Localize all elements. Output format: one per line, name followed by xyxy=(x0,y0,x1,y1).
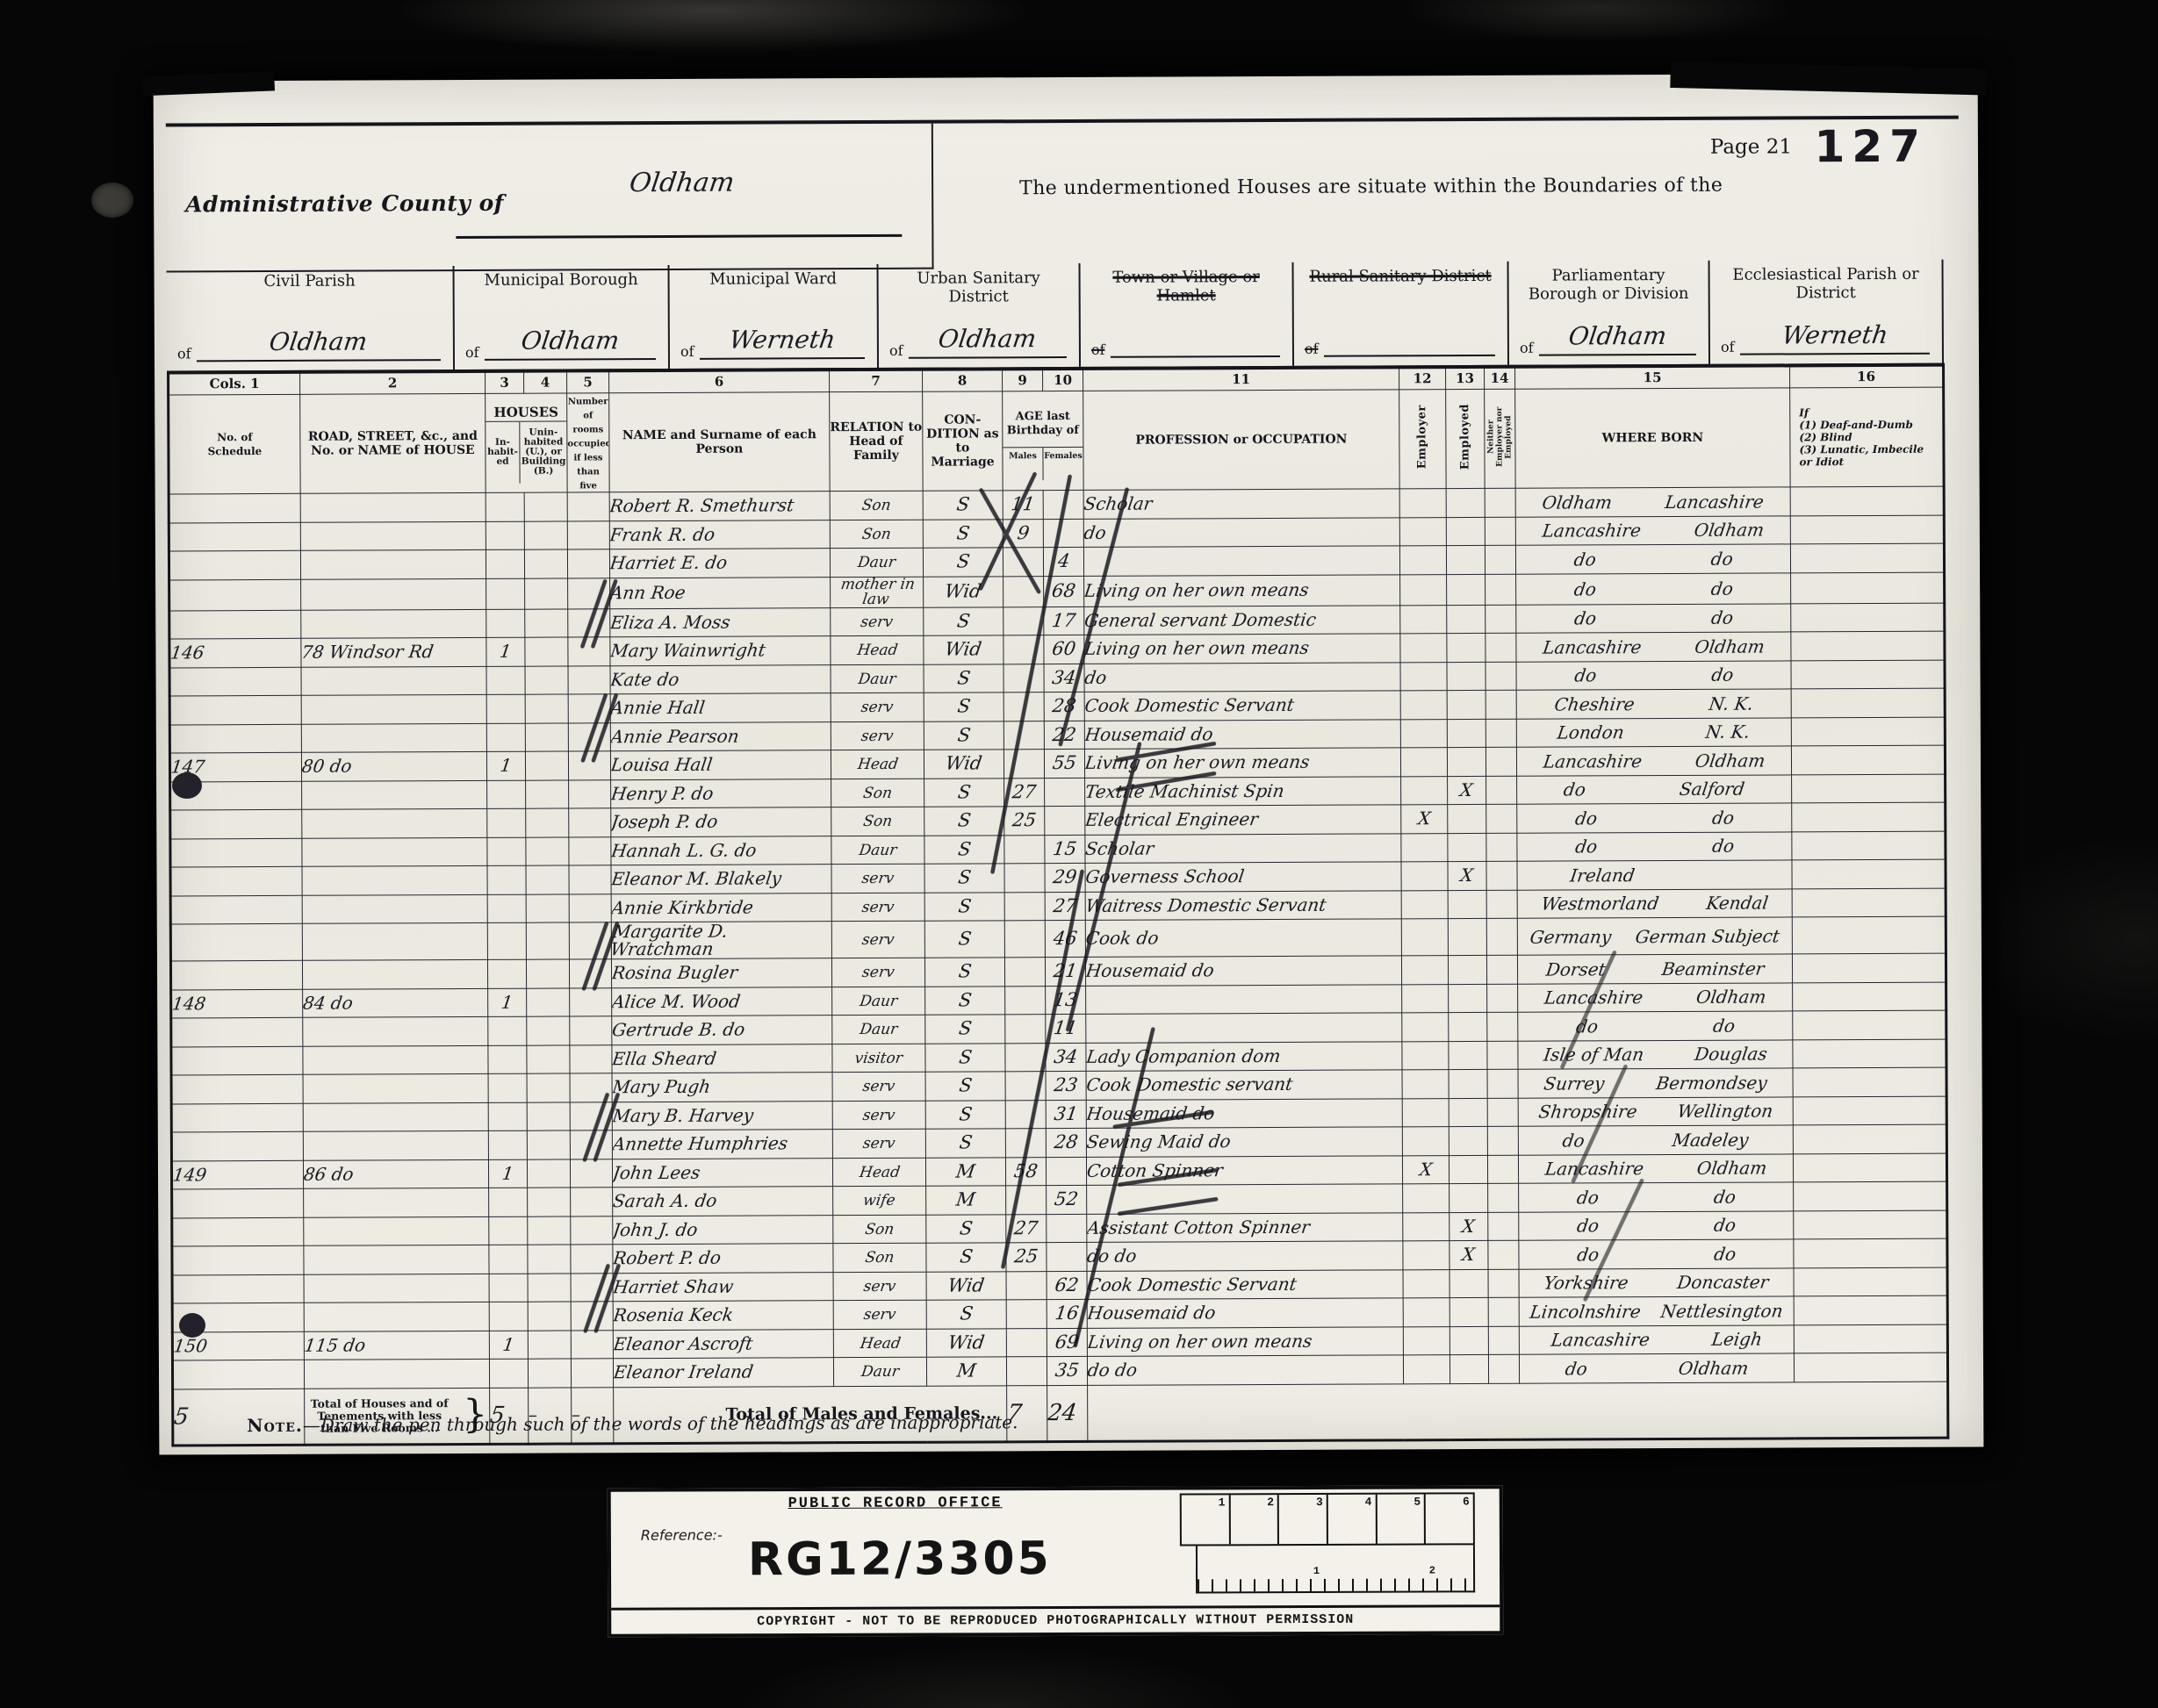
cell-af: 15 xyxy=(1045,835,1085,864)
cell-un xyxy=(526,808,569,837)
cell-sch xyxy=(169,579,301,611)
cell-empd xyxy=(1446,488,1485,517)
cell-un xyxy=(528,1216,571,1245)
ink-blot xyxy=(179,1313,205,1338)
cell-cond: M xyxy=(926,1357,1006,1386)
cell-af: 34 xyxy=(1044,664,1084,693)
cell-af: 22 xyxy=(1044,721,1084,750)
cell-road xyxy=(300,549,486,578)
cell-sch xyxy=(172,1217,304,1246)
cell-born: LancashireOldham xyxy=(1518,982,1793,1012)
cell-un xyxy=(526,836,569,865)
cell-cond: S xyxy=(924,721,1003,750)
cell-nei xyxy=(1488,1354,1519,1383)
cell-nei xyxy=(1487,1098,1518,1127)
census-page: Administrative County of Oldham The unde… xyxy=(154,73,1984,1454)
cell-infirmity xyxy=(1794,1324,1947,1353)
cell-rm xyxy=(569,836,611,865)
col-header-infirmity: If (1) Deaf-and-Dumb (2) Blind (3) Lunat… xyxy=(1790,387,1944,487)
cell-sch xyxy=(170,895,302,924)
cell-rel: serv xyxy=(831,864,924,893)
page-header: Administrative County of Oldham The unde… xyxy=(166,116,1960,271)
cell-empd xyxy=(1448,918,1486,955)
cell-prof: Textile Machinist Spin xyxy=(1085,776,1401,806)
cell-af: 4 xyxy=(1043,547,1083,576)
cell-cond: S xyxy=(923,548,1003,577)
cell-rel: visitor xyxy=(832,1044,925,1073)
reference-label: Reference:- xyxy=(641,1526,723,1543)
column-number: 10 xyxy=(1043,368,1083,391)
col-header-neither: Neither Employer nor Employed xyxy=(1485,389,1515,488)
column-number: 6 xyxy=(609,370,830,393)
cell-sch xyxy=(169,724,301,753)
col-header-inhabited: In-habit-ed xyxy=(486,421,521,483)
cell-af xyxy=(1045,778,1085,807)
cell-cond: S xyxy=(924,958,1004,987)
cell-emp xyxy=(1399,489,1446,518)
copyright-notice: COPYRIGHT - NOT TO BE REPRODUCED PHOTOGR… xyxy=(611,1604,1500,1633)
cell-sch xyxy=(172,1245,304,1274)
cell-af: 11 xyxy=(1046,1014,1086,1043)
cell-rm xyxy=(571,1188,613,1216)
of-prefix: of xyxy=(1091,341,1105,358)
cell-born: dodo xyxy=(1519,1182,1794,1212)
cell-emp xyxy=(1399,546,1446,575)
cell-empd xyxy=(1449,1012,1487,1041)
cell-am: 25 xyxy=(1004,807,1045,836)
cell-emp: X xyxy=(1402,1155,1449,1184)
cell-sch xyxy=(171,1017,303,1046)
cell-road xyxy=(304,1245,489,1274)
cell-nei xyxy=(1485,747,1516,776)
cell-cond: S xyxy=(924,921,1004,958)
col-header-houses: HOUSES In-habit-ed Unin-habited (U.), or… xyxy=(486,393,567,492)
cell-rm xyxy=(571,1245,613,1274)
cell-sch xyxy=(172,1188,304,1217)
cell-af: 28 xyxy=(1044,692,1084,721)
cell-road xyxy=(303,1102,488,1131)
cell-nei xyxy=(1485,662,1516,691)
cell-emp xyxy=(1401,862,1448,891)
cell-name: Rosenia Keck xyxy=(613,1301,833,1331)
cell-prof: Cook Domestic Servant xyxy=(1084,691,1400,721)
cell-inh xyxy=(486,609,525,638)
cell-sch: 146 xyxy=(169,638,301,667)
cell-am xyxy=(1005,1100,1046,1129)
cell-un xyxy=(528,1302,571,1331)
cell-rel: serv xyxy=(831,893,924,922)
cell-rel: wife xyxy=(833,1186,926,1215)
cell-prof: Living on her own means xyxy=(1087,1326,1403,1356)
cell-af xyxy=(1047,1214,1087,1243)
column-number: 11 xyxy=(1083,367,1399,391)
column-number: 2 xyxy=(300,370,486,394)
cell-cond: Wid xyxy=(926,1271,1006,1300)
cell-inh xyxy=(487,780,526,809)
administrative-county-label: Administrative County of xyxy=(185,190,504,218)
film-blob xyxy=(91,183,133,218)
cell-prof: Cook Domestic servant xyxy=(1086,1070,1402,1100)
cell-inh: 1 xyxy=(488,988,527,1017)
cell-empd: X xyxy=(1448,861,1486,890)
cell-name: Frank R. do xyxy=(609,520,830,549)
cell-nei xyxy=(1486,918,1517,955)
cell-nei xyxy=(1486,861,1517,890)
cell-emp xyxy=(1403,1212,1449,1241)
cell-af xyxy=(1045,806,1085,835)
cell-rel: serv xyxy=(831,607,924,636)
cell-infirmity xyxy=(1792,802,1946,831)
cell-rm xyxy=(568,694,610,723)
cell-sch xyxy=(170,960,302,989)
cell-empd xyxy=(1449,1126,1487,1155)
cell-inh xyxy=(487,808,526,837)
cell-nei xyxy=(1486,833,1517,862)
column-number: 7 xyxy=(830,369,923,391)
ruler-inch-scale: 12 xyxy=(1196,1545,1475,1593)
cell-born: LancashireOldham xyxy=(1518,1153,1793,1183)
cell-emp xyxy=(1400,719,1447,748)
film-tear xyxy=(142,71,275,96)
cell-am xyxy=(1004,921,1045,958)
cell-infirmity xyxy=(1790,486,1944,515)
cell-inh: 1 xyxy=(488,1159,527,1188)
cell-empd xyxy=(1449,1354,1488,1383)
cell-rm xyxy=(570,1102,612,1130)
district-label: Civil Parish xyxy=(167,271,453,291)
cell-infirmity xyxy=(1793,1096,1946,1125)
cell-inh xyxy=(489,1188,528,1216)
district-cell: Civil ParishofOldham xyxy=(167,266,456,370)
cell-emp xyxy=(1400,605,1447,634)
cell-rel: serv xyxy=(831,958,924,987)
district-cell: Municipal WardofWerneth xyxy=(670,264,880,369)
cell-name: Robert R. Smethurst xyxy=(609,492,830,521)
column-number: 14 xyxy=(1485,366,1515,389)
undermentioned-text: The undermentioned Houses are situate wi… xyxy=(1019,175,1723,199)
cell-emp xyxy=(1402,984,1449,1013)
cell-sch xyxy=(169,695,301,724)
cell-am: 58 xyxy=(1005,1157,1046,1186)
cell-name: Annette Humphries xyxy=(612,1130,832,1159)
column-number: 4 xyxy=(524,370,567,393)
film-tear xyxy=(1670,61,1987,95)
cell-name: Sarah A. do xyxy=(613,1187,833,1216)
cell-emp xyxy=(1400,634,1447,663)
cell-af: 13 xyxy=(1046,986,1086,1015)
cell-born: dodo xyxy=(1516,572,1791,604)
cell-inh xyxy=(486,723,525,752)
cell-un xyxy=(526,893,569,922)
district-cell: Rural Sanitary Districtof xyxy=(1294,262,1510,366)
cell-inh: 1 xyxy=(486,751,525,780)
cell-cond: S xyxy=(926,1214,1006,1243)
cell-prof: Assistant Cotton Spinner xyxy=(1087,1212,1403,1242)
cell-rm xyxy=(569,959,611,988)
cell-road xyxy=(304,1359,489,1388)
cell-rel: serv xyxy=(831,693,924,721)
cell-am xyxy=(1005,1129,1046,1158)
cell-inh xyxy=(488,1045,527,1074)
cell-af: 31 xyxy=(1046,1100,1086,1129)
cell-nei xyxy=(1488,1183,1519,1212)
cell-sch xyxy=(170,866,302,895)
cell-prof xyxy=(1083,546,1399,576)
col-header-employer: Employer xyxy=(1399,390,1446,489)
cell-infirmity xyxy=(1791,745,1945,774)
cell-emp xyxy=(1402,1098,1449,1127)
cell-un xyxy=(528,1359,571,1388)
district-cell: Municipal BoroughofOldham xyxy=(455,265,671,370)
column-number: 3 xyxy=(486,370,524,393)
cell-af: 16 xyxy=(1047,1299,1087,1328)
cell-am: 9 xyxy=(1003,519,1043,548)
cell-am xyxy=(1005,1043,1046,1072)
cell-empd: X xyxy=(1449,1212,1488,1241)
cell-af: 68 xyxy=(1044,576,1084,606)
cell-infirmity xyxy=(1791,603,1945,632)
district-value: Oldham xyxy=(484,328,656,361)
cell-name: Henry P. do xyxy=(611,779,831,808)
cell-name: Kate do xyxy=(610,664,831,694)
cell-name: Annie Hall xyxy=(610,693,831,723)
cell-rm xyxy=(570,1044,612,1073)
cell-af: 46 xyxy=(1045,920,1085,957)
district-value: Oldham xyxy=(196,329,441,362)
cell-prof: Sewing Maid do xyxy=(1086,1127,1402,1157)
cell-road: 86 do xyxy=(303,1159,488,1188)
cell-cond: S xyxy=(924,664,1003,693)
cell-rel: Daur xyxy=(833,1357,926,1386)
cell-af xyxy=(1043,519,1083,548)
cell-un xyxy=(525,665,568,694)
column-number: 16 xyxy=(1790,364,1944,388)
cell-rel: Son xyxy=(830,520,923,549)
cell-nei xyxy=(1488,1240,1519,1269)
cell-sch xyxy=(170,838,302,867)
totals-females: 24 xyxy=(1047,1385,1088,1441)
of-prefix: of xyxy=(177,345,191,362)
cell-prof xyxy=(1087,1184,1403,1214)
of-prefix: of xyxy=(680,343,694,360)
district-value: Oldham xyxy=(1538,324,1696,356)
cell-born: YorkshireDoncaster xyxy=(1519,1267,1794,1297)
cell-road xyxy=(301,694,486,723)
cell-name: Mary Pugh xyxy=(612,1073,832,1102)
cell-road: 115 do xyxy=(304,1331,489,1360)
cell-inh xyxy=(486,578,525,609)
cell-nei xyxy=(1488,1269,1519,1298)
cell-born: dodo xyxy=(1516,660,1791,690)
cell-name: Harriet E. do xyxy=(609,549,830,578)
cell-born: Ireland xyxy=(1517,860,1792,890)
cell-infirmity xyxy=(1791,717,1945,746)
cell-road xyxy=(303,1073,488,1102)
cell-un xyxy=(528,1273,571,1302)
cell-am: 27 xyxy=(1004,778,1045,807)
cell-rel: Head xyxy=(833,1329,926,1358)
cell-sch xyxy=(172,1274,304,1303)
ruler-cm-mark: 5 xyxy=(1375,1495,1424,1544)
cell-prof: Governess School xyxy=(1085,862,1401,892)
cell-cond: Wid xyxy=(924,635,1003,664)
cell-emp xyxy=(1402,1041,1449,1070)
cell-am xyxy=(1003,750,1044,779)
cell-cond: S xyxy=(925,1015,1005,1044)
cell-rm xyxy=(568,608,610,637)
cell-born: WestmorlandKendal xyxy=(1517,888,1792,918)
cell-born: DorsetBeaminster xyxy=(1517,954,1792,984)
col-header-schedule: No. of Schedule xyxy=(169,394,300,494)
cell-rel: Daur xyxy=(832,1015,925,1044)
cell-inh xyxy=(486,694,525,723)
cell-empd xyxy=(1448,804,1486,833)
district-cell: Parliamentary Borough or DivisionofOldha… xyxy=(1509,261,1711,365)
cell-infirmity xyxy=(1793,982,1946,1011)
district-cell: Town or Village or Hamletof xyxy=(1081,262,1295,367)
cell-rm xyxy=(571,1216,613,1245)
column-number: 9 xyxy=(1003,369,1043,391)
cell-rm xyxy=(569,922,611,959)
cell-cond: S xyxy=(925,1072,1005,1101)
cell-rm xyxy=(570,1073,612,1102)
cell-af: 23 xyxy=(1046,1071,1086,1100)
cell-sch: 149 xyxy=(171,1160,303,1189)
cell-road: 84 do xyxy=(303,988,488,1017)
cell-inh xyxy=(487,894,526,923)
cell-inh xyxy=(488,1102,527,1131)
cell-rel: Son xyxy=(830,491,923,520)
cell-name: Ann Roe xyxy=(610,577,831,608)
cell-am xyxy=(1006,1357,1047,1386)
cell-rel: serv xyxy=(833,1272,926,1301)
district-cell: Urban Sanitary DistrictofOldham xyxy=(879,263,1082,368)
cell-prof: do xyxy=(1083,517,1399,547)
cell-empd xyxy=(1449,1069,1487,1098)
cell-af: 62 xyxy=(1047,1271,1087,1300)
cell-inh xyxy=(489,1216,528,1245)
cell-rel: Head xyxy=(831,750,924,779)
cell-am xyxy=(1006,1300,1047,1329)
cell-born: dodo xyxy=(1515,544,1790,574)
cell-cond: Wid xyxy=(926,1328,1006,1357)
cell-born: Isle of ManDouglas xyxy=(1518,1039,1793,1069)
cell-emp xyxy=(1402,1013,1449,1042)
cell-cond: S xyxy=(923,519,1003,548)
district-value xyxy=(1110,326,1280,358)
cell-road xyxy=(303,1016,488,1045)
cell-born: dodo xyxy=(1519,1239,1794,1269)
cell-prof: Cook do xyxy=(1085,919,1401,958)
cell-infirmity xyxy=(1791,660,1945,689)
cell-cond: S xyxy=(924,864,1004,893)
cell-un xyxy=(524,492,567,521)
cell-un xyxy=(527,1159,570,1188)
cell-born: LancashireLeigh xyxy=(1519,1324,1794,1354)
cell-name: Harriet Shaw xyxy=(613,1272,833,1302)
rule xyxy=(456,234,902,239)
cell-am xyxy=(1004,835,1045,864)
cell-rel: Son xyxy=(833,1215,926,1244)
cell-infirmity xyxy=(1792,888,1946,917)
cell-road xyxy=(301,578,486,610)
cell-af: 29 xyxy=(1045,863,1085,892)
cell-rel: serv xyxy=(831,921,924,958)
cell-sch xyxy=(171,1046,303,1075)
cell-rm xyxy=(569,893,611,922)
cell-un xyxy=(528,1188,571,1216)
cell-empd xyxy=(1447,747,1485,776)
cell-am xyxy=(1003,576,1044,606)
cell-nei xyxy=(1485,574,1516,605)
ruler-cm-mark: 2 xyxy=(1228,1495,1277,1544)
cell-inh xyxy=(486,666,525,695)
cell-prof: General servant Domestic xyxy=(1084,605,1400,635)
cell-road xyxy=(301,666,486,695)
col-header-condition: CON-DITION as to Marriage xyxy=(923,391,1003,491)
cell-emp xyxy=(1403,1298,1449,1327)
district-value: Werneth xyxy=(1739,323,1930,355)
cell-empd: X xyxy=(1449,1240,1488,1269)
col-header-employed: Employed xyxy=(1446,389,1485,488)
cell-inh: 1 xyxy=(489,1331,528,1360)
cell-emp xyxy=(1400,691,1447,720)
cell-sch xyxy=(170,809,302,838)
cell-prof: Waitress Domestic Servant xyxy=(1085,890,1401,920)
cell-cond: M xyxy=(925,1157,1005,1186)
ruler-cm-mark: 1 xyxy=(1182,1495,1229,1544)
cell-born: dodo xyxy=(1516,603,1791,633)
column-number: 15 xyxy=(1515,365,1790,389)
footer-note: Note.—Draw the pen through such of the w… xyxy=(247,1411,1018,1436)
cell-rm xyxy=(568,751,610,780)
cell-name: Ella Sheard xyxy=(612,1044,832,1073)
cell-rm xyxy=(571,1273,613,1302)
cell-cond: Wid xyxy=(924,576,1003,606)
cell-am xyxy=(1003,548,1043,577)
cell-emp xyxy=(1401,919,1448,956)
ruler: 123456 12 xyxy=(1180,1492,1475,1595)
census-scan: { "header": { "administrative_county_lab… xyxy=(0,0,2158,1708)
cell-rel: Head xyxy=(831,635,924,664)
cell-un xyxy=(526,865,569,894)
cell-nei xyxy=(1485,488,1515,517)
ruler-cm-scale: 123456 xyxy=(1180,1492,1475,1546)
cell-name: Eliza A. Moss xyxy=(610,607,831,637)
cell-nei xyxy=(1485,517,1515,546)
cell-nei xyxy=(1488,1297,1519,1326)
district-value: Oldham xyxy=(908,327,1067,359)
cell-prof: Housemaid do xyxy=(1085,956,1401,986)
of-prefix: of xyxy=(889,342,903,359)
col-header-age: AGE last Birthday of Males Females xyxy=(1003,391,1083,490)
reference-number: RG12/3305 xyxy=(748,1532,1052,1586)
cell-rel: mother in law xyxy=(831,577,924,607)
cell-am xyxy=(1003,693,1044,721)
district-header-band: Civil ParishofOldhamMunicipal BoroughofO… xyxy=(167,260,1945,375)
cell-rm xyxy=(568,665,610,694)
cell-road xyxy=(301,609,486,638)
cell-rel: serv xyxy=(832,1129,925,1158)
cell-infirmity xyxy=(1791,688,1945,717)
cell-name: Rosina Bugler xyxy=(611,958,831,988)
cell-road xyxy=(301,723,486,752)
cell-prof: do do xyxy=(1087,1355,1403,1385)
cell-nei xyxy=(1485,719,1516,748)
cell-emp: X xyxy=(1401,805,1448,834)
cell-af: 52 xyxy=(1047,1185,1087,1214)
cell-road: 80 do xyxy=(301,751,486,780)
